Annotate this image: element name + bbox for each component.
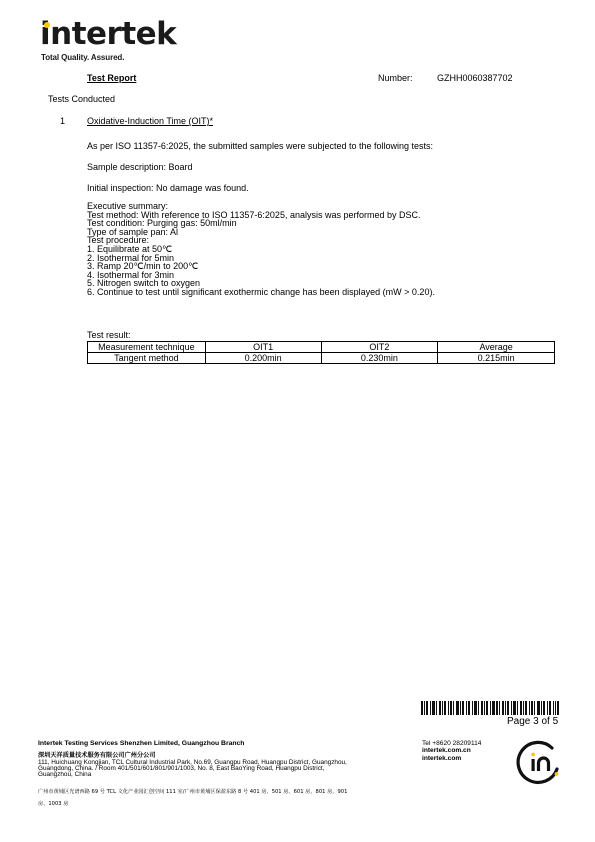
test-item-title: Oxidative-Induction Time (OIT)* [87,116,213,127]
report-number-label: Number: [378,73,413,84]
brand-tagline: Total Quality. Assured. [41,53,124,62]
footer-company: Intertek Testing Services Shenzhen Limit… [38,740,244,747]
intertek-in-icon [516,739,562,785]
initial-inspection: Initial inspection: No damage was found. [87,183,249,194]
test-item-number: 1 [60,116,65,127]
footer-address: 111, Huichuang Kongjian, TCL Cultural In… [38,760,358,779]
report-title: Test Report [87,73,136,84]
logo-text: intertek [40,16,176,52]
footer-website[interactable]: intertek.com [422,755,481,762]
table-row: Tangent method 0.200min 0.230min 0.215mi… [88,353,555,364]
footer-company-cn: 深圳天祥质量技术服务有限公司广州分公司 [38,750,156,759]
executive-summary: Executive summary: Test method: With ref… [87,202,435,297]
page-number: Page 3 of 5 [507,716,558,727]
footer-website-cn[interactable]: intertek.com.cn [422,747,481,754]
result-table: Measurement technique OIT1 OIT2 Average … [87,341,555,364]
sample-description: Sample description: Board [87,162,193,173]
table-cell: 0.230min [321,353,438,364]
table-header-cell: Average [438,342,555,353]
footer-tel: Tel +8620 28209114 [422,740,481,747]
table-header-cell: Measurement technique [88,342,206,353]
test-result-label: Test result: [87,330,131,341]
table-header-row: Measurement technique OIT1 OIT2 Average [88,342,555,353]
logo-accent-dot [44,22,50,28]
table-cell: Tangent method [88,353,206,364]
footer-contact: Tel +8620 28209114 intertek.com.cn inter… [422,740,481,762]
section-heading: Tests Conducted [48,94,115,105]
table-cell: 0.215min [438,353,555,364]
report-number-value: GZHH0060387702 [437,73,513,84]
footer-address-cn: 广州市黄埔区光谱西路 69 号 TCL 文化产业园汇创空间 111 室/广州市黄… [38,786,358,810]
intertek-logo: intertek [40,16,176,52]
table-cell: 0.200min [205,353,321,364]
procedure-step: 6. Continue to test until significant ex… [87,288,435,297]
table-header-cell: OIT1 [205,342,321,353]
table-header-cell: OIT2 [321,342,438,353]
intro-text: As per ISO 11357-6:2025, the submitted s… [87,141,433,152]
barcode [421,701,559,715]
